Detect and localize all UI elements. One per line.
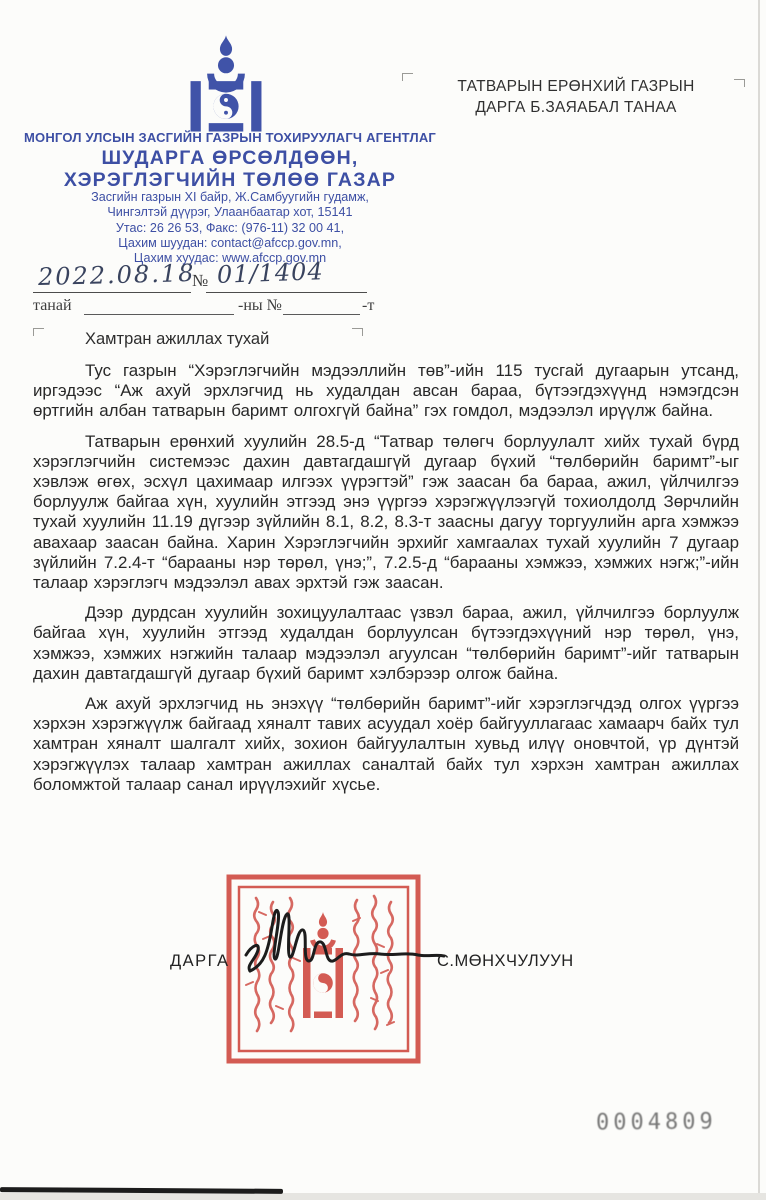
letter-body: Тус газрын “Хэрэглэгчийн мэдээллийн төв”… bbox=[33, 361, 739, 805]
scan-edge-right bbox=[758, 0, 760, 1200]
signer-title: ДАРГА bbox=[170, 952, 230, 971]
scanned-letter-page: МОНГОЛ УЛСЫН ЗАСГИЙН ГАЗРЫН ТОХИРУУЛАГЧ … bbox=[0, 0, 766, 1200]
agency-line: МОНГОЛ УЛСЫН ЗАСГИЙН ГАЗРЫН ТОХИРУУЛАГЧ … bbox=[20, 130, 440, 145]
your-ref-suffix: -т bbox=[362, 297, 374, 315]
address-email: Цахим шуудан: contact@afccp.gov.mn, bbox=[20, 236, 440, 251]
underline-blank bbox=[283, 314, 360, 315]
underline-blank bbox=[84, 314, 234, 315]
paragraph-3: Дээр дурдсан хуулийн зохицуулалтаас үзвэ… bbox=[33, 603, 739, 684]
org-address: Засгийн газрын XI байр, Ж.Самбуугийн гуд… bbox=[20, 190, 440, 266]
org-name-line2: ХЭРЭГЛЭГЧИЙН ТӨЛӨӨ ГАЗАР bbox=[20, 169, 440, 192]
signature-scribble bbox=[240, 893, 465, 1005]
signer-name: С.МӨНХЧУЛУУН bbox=[437, 952, 574, 971]
recipient-line1: ТАТВАРЫН ЕРӨНХИЙ ГАЗРЫН bbox=[408, 76, 744, 97]
subject-line: Хамтран ажиллах тухай bbox=[85, 330, 269, 349]
handwritten-date: 2022.08.18 bbox=[38, 259, 196, 291]
recipient-line2: ДАРГА Б.ЗАЯАБАЛ ТАНАА bbox=[408, 97, 744, 118]
scan-edge-bottom bbox=[0, 1193, 766, 1200]
recipient-block: ТАТВАРЫН ЕРӨНХИЙ ГАЗРЫН ДАРГА Б.ЗАЯАБАЛ … bbox=[408, 76, 744, 118]
serial-number-stamp: 0004809 bbox=[596, 1109, 717, 1135]
your-ref-middle: -ны № bbox=[238, 297, 282, 315]
soyombo-emblem-icon bbox=[184, 32, 268, 134]
paragraph-2: Татварын ерөнхий хуулийн 28.5-д “Татвар … bbox=[33, 432, 739, 594]
paragraph-1: Тус газрын “Хэрэглэгчийн мэдээллийн төв”… bbox=[33, 361, 739, 422]
corner-mark bbox=[352, 328, 363, 336]
underline bbox=[206, 292, 367, 293]
underline bbox=[33, 292, 191, 293]
paragraph-4: Аж ахуй эрхлэгчид нь энэхүү “төлбөрийн б… bbox=[33, 694, 739, 795]
number-symbol: № bbox=[192, 271, 208, 291]
handwritten-doc-number: 01/1404 bbox=[217, 257, 325, 289]
address-city: Чингэлтэй дүүрэг, Улаанбаатар хот, 15141 bbox=[20, 205, 440, 220]
org-name-line1: ШУДАРГА ӨРСӨЛДӨӨН, bbox=[20, 147, 440, 170]
address-street: Засгийн газрын XI байр, Ж.Самбуугийн гуд… bbox=[20, 190, 440, 205]
corner-mark bbox=[33, 328, 44, 336]
your-ref-label: танай bbox=[33, 297, 72, 315]
address-phone-fax: Утас: 26 26 53, Факс: (976-11) 32 00 41, bbox=[20, 221, 440, 236]
